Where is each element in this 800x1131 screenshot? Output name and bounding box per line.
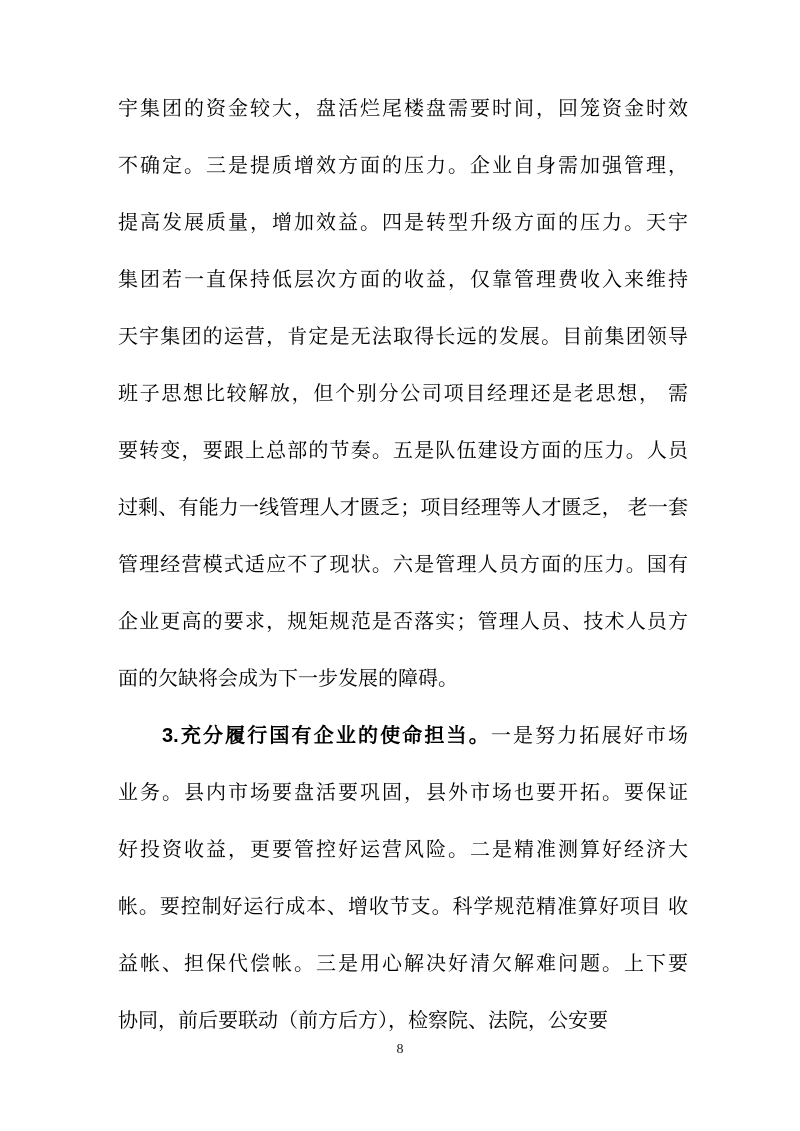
paragraph-heading: 3.充分履行国有企业的使命担当。 xyxy=(162,725,491,747)
page-number: 8 xyxy=(0,1040,800,1060)
body-line: 帐。要控制好运行成本、增收节支。科学规范精准算好项目 收 xyxy=(118,879,688,936)
body-line: 过剩、有能力一线管理人才匮乏；项目经理等人才匮乏， 老一套 xyxy=(118,480,688,537)
body-line: 要转变，要跟上总部的节奏。五是队伍建设方面的压力。人员 xyxy=(118,423,688,480)
body-line: 益帐、担保代偿帐。三是用心解决好清欠解难问题。上下要 xyxy=(118,936,688,993)
body-line: 天宇集团的运营，肯定是无法取得长远的发展。目前集团领导 xyxy=(118,309,688,366)
body-line: 班子思想比较解放，但个别分公司项目经理还是老思想， 需 xyxy=(118,366,688,423)
body-line: 宇集团的资金较大，盘活烂尾楼盘需要时间，回笼资金时效 xyxy=(118,81,688,138)
body-line: 好投资收益，更要管控好运营风险。二是精准测算好经济大 xyxy=(118,822,688,879)
body-line: 管理经营模式适应不了现状。六是管理人员方面的压力。国有 xyxy=(118,537,688,594)
body-line: 不确定。三是提质增效方面的压力。企业自身需加强管理， xyxy=(118,138,688,195)
body-line: 企业更高的要求，规矩规范是否落实；管理人员、技术人员方 xyxy=(118,594,688,651)
body-line: 集团若一直保持低层次方面的收益，仅靠管理费收入来维持 xyxy=(118,252,688,309)
body-text: 宇集团的资金较大，盘活烂尾楼盘需要时间，回笼资金时效 不确定。三是提质增效方面的… xyxy=(118,81,688,1050)
body-line: 提高发展质量，增加效益。四是转型升级方面的压力。天宇 xyxy=(118,195,688,252)
body-line: 业务。县内市场要盘活要巩固，县外市场也要开拓。要保证 xyxy=(118,765,688,822)
document-page: 宇集团的资金较大，盘活烂尾楼盘需要时间，回笼资金时效 不确定。三是提质增效方面的… xyxy=(0,0,800,1131)
body-line: 3.充分履行国有企业的使命担当。一是努力拓展好市场 xyxy=(118,708,688,765)
paragraph-heading-rest: 一是努力拓展好市场 xyxy=(491,725,688,747)
body-line: 面的欠缺将会成为下一步发展的障碍。 xyxy=(118,651,688,708)
